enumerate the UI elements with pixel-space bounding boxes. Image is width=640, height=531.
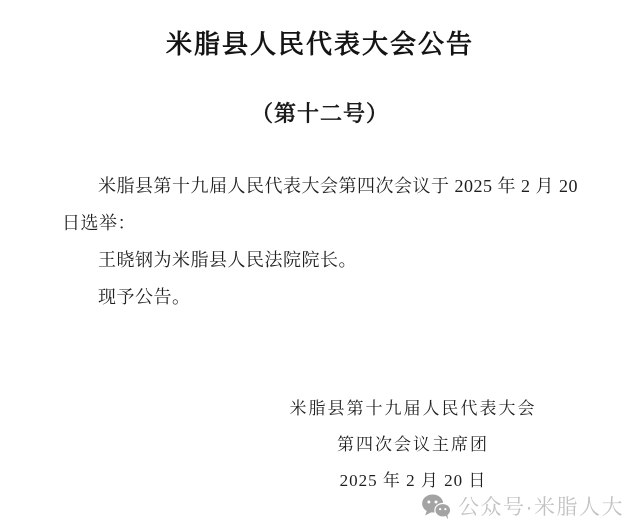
- watermark: 公众号·米脂人大: [421, 491, 624, 521]
- body-paragraph-appointee: 王晓钢为米脂县人民法院院长。: [62, 242, 586, 279]
- wechat-icon: [421, 493, 451, 520]
- document-title: 米脂县人民代表大会公告: [0, 24, 640, 61]
- signature-block: 米脂县第十九届人民代表大会 第四次会议主席团 2025 年 2 月 20 日: [283, 391, 543, 499]
- document-body: 米脂县第十九届人民代表大会第四次会议于 2025 年 2 月 20 日选举： 王…: [62, 168, 586, 316]
- document-page: 米脂县人民代表大会公告 （第十二号） 米脂县第十九届人民代表大会第四次会议于 2…: [0, 0, 640, 531]
- signature-committee: 第四次会议主席团: [283, 427, 543, 463]
- signature-organization: 米脂县第十九届人民代表大会: [283, 391, 543, 427]
- document-number: （第十二号）: [0, 97, 640, 128]
- body-paragraph-announce: 现予公告。: [62, 279, 586, 316]
- watermark-label: 公众号·米脂人大: [458, 491, 624, 521]
- body-paragraph-election: 米脂县第十九届人民代表大会第四次会议于 2025 年 2 月 20 日选举：: [62, 168, 586, 242]
